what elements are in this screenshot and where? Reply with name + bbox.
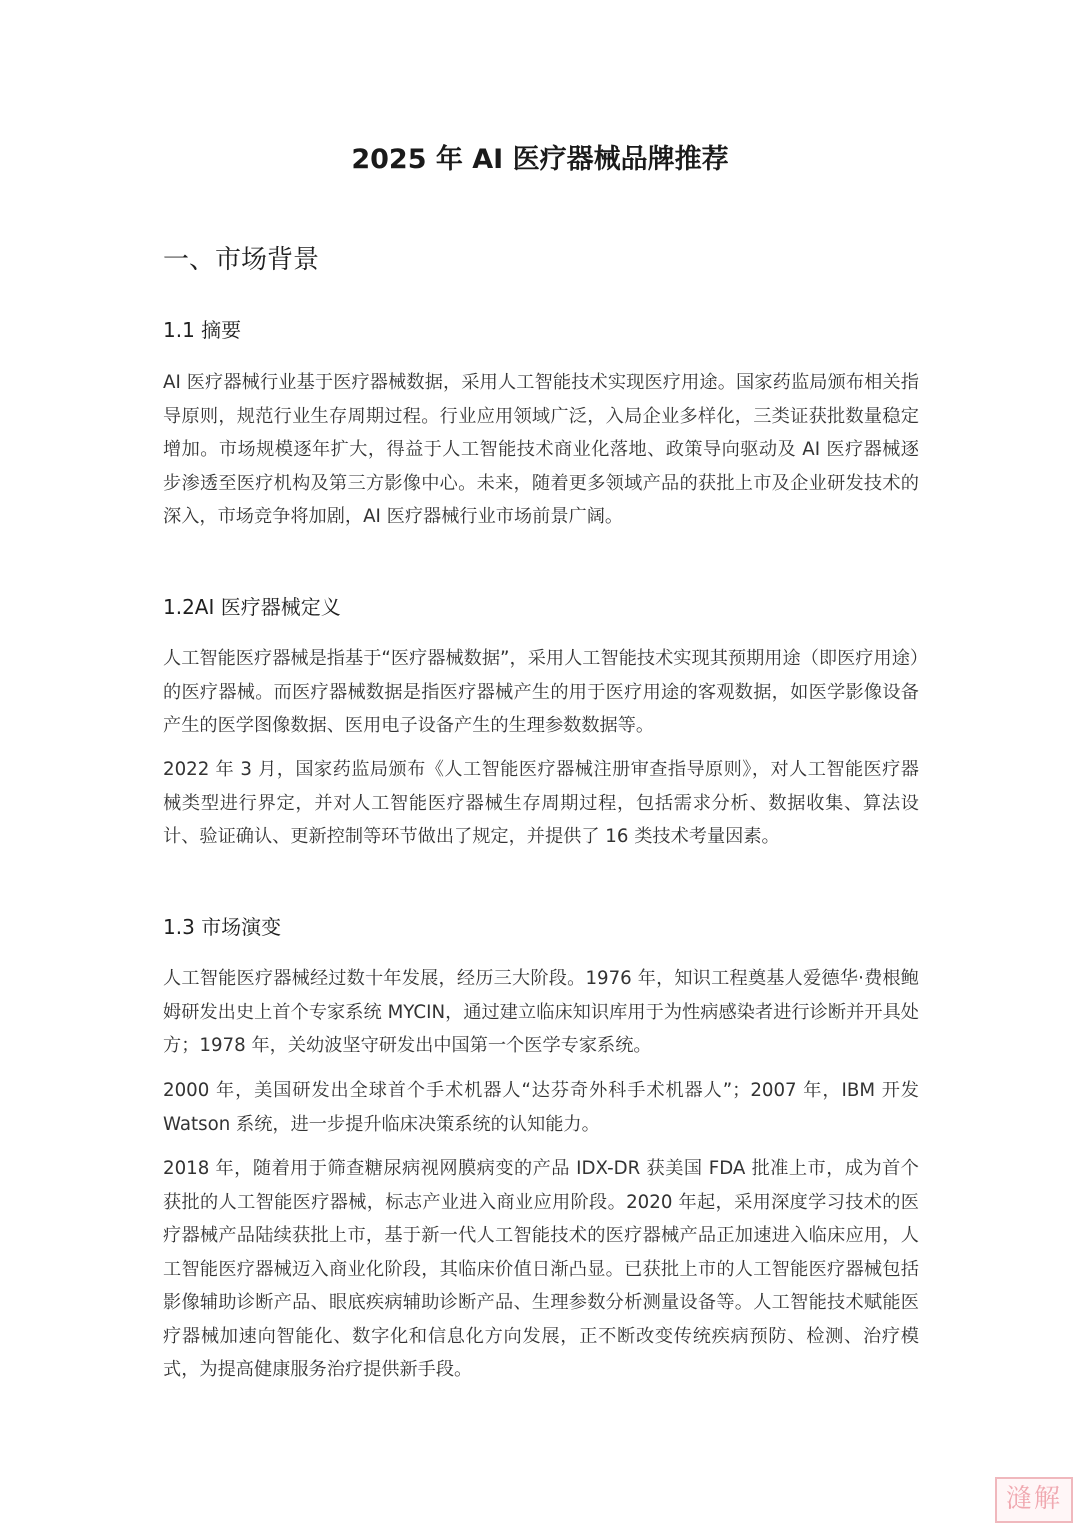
paragraph-definition: 人工智能医疗器械是指基于“医疗器械数据”，采用人工智能技术实现其预期用途（即医疗…	[163, 642, 919, 743]
section-heading-market-background: 一、市场背景	[163, 240, 319, 280]
subsection-heading-definition: 1.2AI 医疗器械定义	[163, 592, 341, 622]
paragraph-evolution-stage3: 2018 年，随着用于筛查糖尿病视网膜病变的产品 IDX-DR 获美国 FDA …	[163, 1152, 919, 1387]
document-title: 2025 年 AI 医疗器械品牌推荐	[0, 140, 1080, 180]
paragraph-evolution-stage1: 人工智能医疗器械经过数十年发展，经历三大阶段。1976 年，知识工程奠基人爱德华…	[163, 962, 919, 1063]
paragraph-summary: AI 医疗器械行业基于医疗器械数据，采用人工智能技术实现医疗用途。国家药监局颁布…	[163, 366, 919, 534]
paragraph-regulation: 2022 年 3 月，国家药监局颁布《人工智能医疗器械注册审查指导原则》，对人工…	[163, 753, 919, 854]
document-page: 2025 年 AI 医疗器械品牌推荐 一、市场背景 1.1 摘要 AI 医疗器械…	[0, 0, 1080, 1527]
watermark-seal-icon: 漨解	[995, 1477, 1073, 1523]
subsection-heading-summary: 1.1 摘要	[163, 315, 241, 345]
paragraph-evolution-stage2: 2000 年，美国研发出全球首个手术机器人“达芬奇外科手术机器人”；2007 年…	[163, 1074, 919, 1141]
subsection-heading-market-evolution: 1.3 市场演变	[163, 912, 281, 942]
